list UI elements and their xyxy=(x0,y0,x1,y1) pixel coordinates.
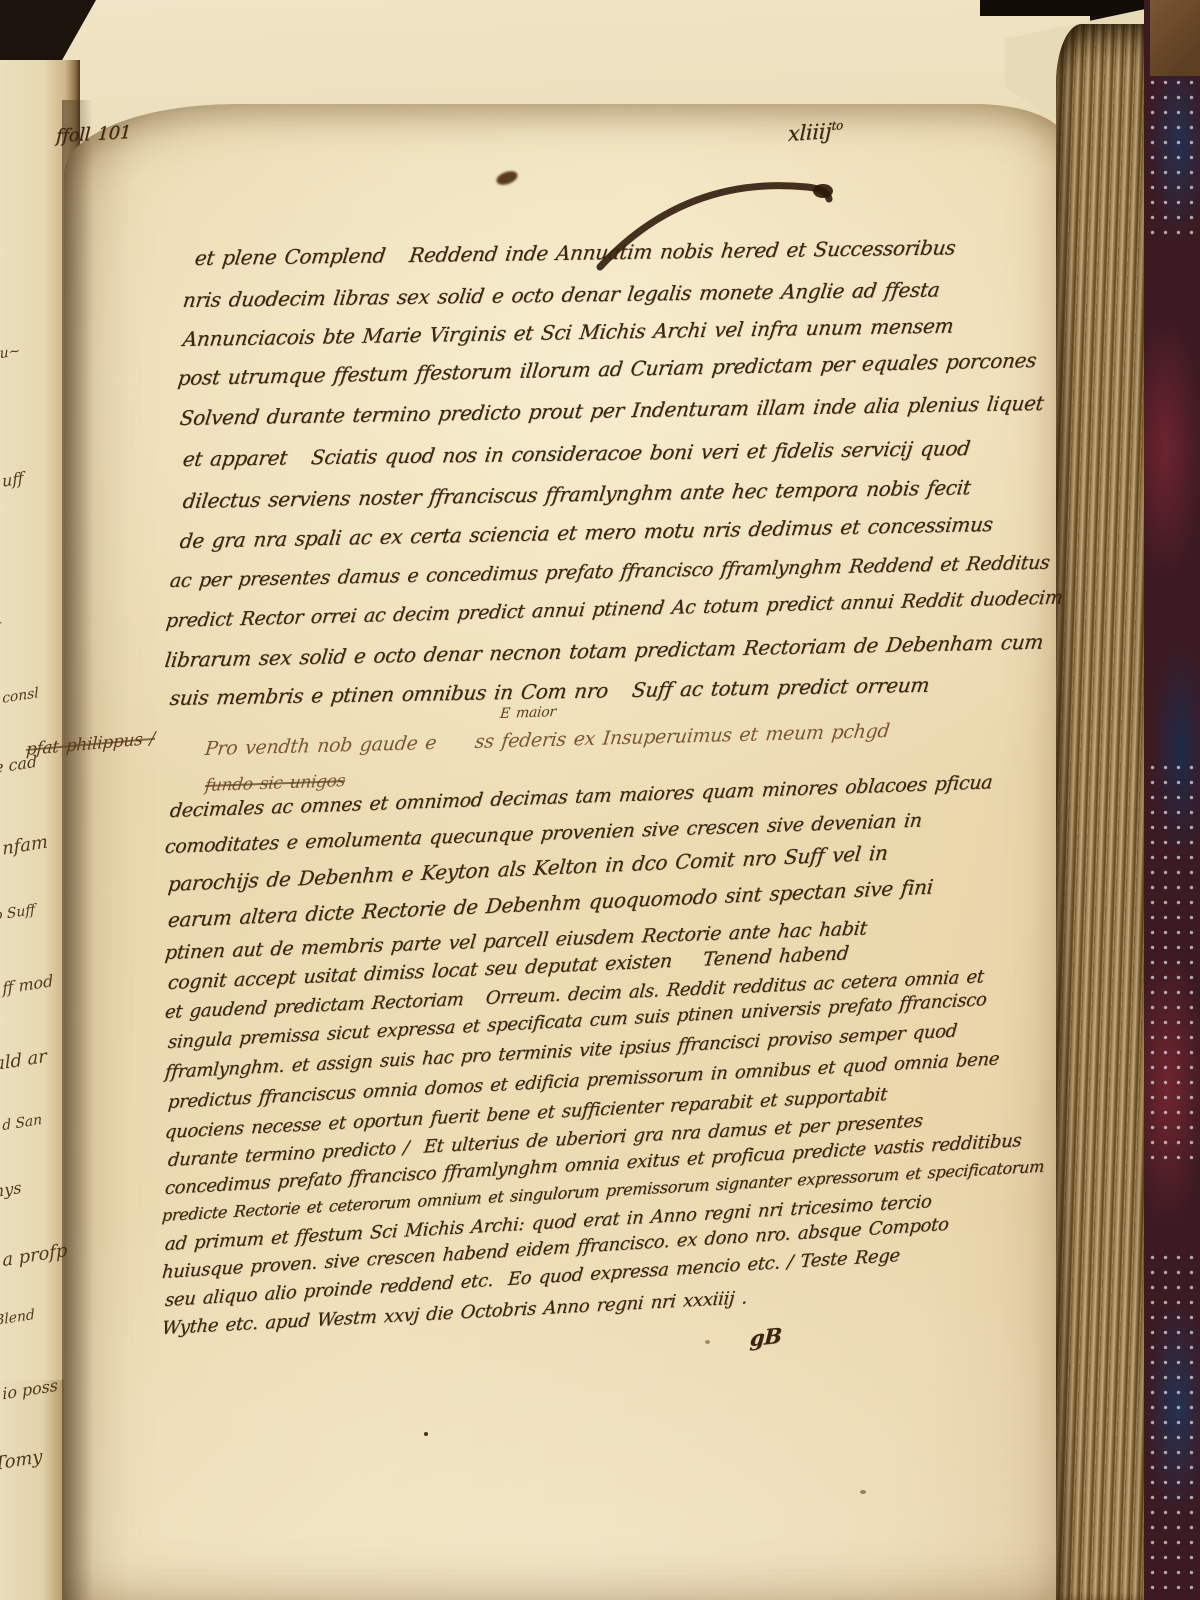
manuscript-photo: { "page": { "folio_label": "ffoll 101", … xyxy=(0,0,1200,1600)
paraph-mark: gB xyxy=(749,1323,782,1352)
previous-page-text-fragment: nfam xyxy=(2,831,49,859)
marbled-speckles xyxy=(1146,1250,1198,1600)
quire-signature: xliiijto xyxy=(788,118,844,146)
paraph-mark-text: gB xyxy=(749,1323,782,1352)
previous-page-text-fragment: ald ar xyxy=(0,1046,47,1075)
previous-page-text-fragment: Tomy xyxy=(0,1446,43,1475)
initial-flourish xyxy=(545,165,875,280)
previous-page-text-fragment: tu~ xyxy=(0,343,21,363)
ink-speck xyxy=(705,1340,710,1344)
previous-page-text-fragment: io poss xyxy=(2,1376,58,1404)
fore-edge-stack xyxy=(1056,24,1148,1600)
interlinear-note-text: E maior xyxy=(499,704,556,722)
previous-page-text-fragment: a profp xyxy=(2,1240,68,1271)
previous-page-text-fragment: Blend xyxy=(0,1307,35,1329)
book-cover-corner xyxy=(1150,0,1200,76)
previous-page-text-fragment: hys xyxy=(0,1178,22,1201)
previous-page-text-fragment: o Suff xyxy=(0,902,36,925)
previous-page-text-fragment: J xyxy=(0,619,2,641)
previous-page-text-fragment: consl xyxy=(2,685,39,707)
previous-page-text-fragment: e cad xyxy=(0,752,38,778)
previous-page-fragments: tu~uffJconsle cadnfamo Suffff modald ard… xyxy=(0,0,80,1600)
interlinear-note: E maior xyxy=(499,704,556,722)
previous-page-text-fragment: uff xyxy=(2,468,24,490)
marbled-speckles xyxy=(1146,760,1198,1160)
previous-page-text-fragment: d San xyxy=(2,1112,43,1134)
ink-speck xyxy=(424,1432,428,1436)
quire-signature-superscript: to xyxy=(831,118,843,133)
manuscript-page xyxy=(64,104,1066,1600)
ink-speck xyxy=(860,1490,866,1494)
quire-signature-text: xliiij xyxy=(788,119,832,146)
marbled-speckles xyxy=(1146,60,1198,240)
previous-page-text-fragment: ff mod xyxy=(2,971,54,998)
